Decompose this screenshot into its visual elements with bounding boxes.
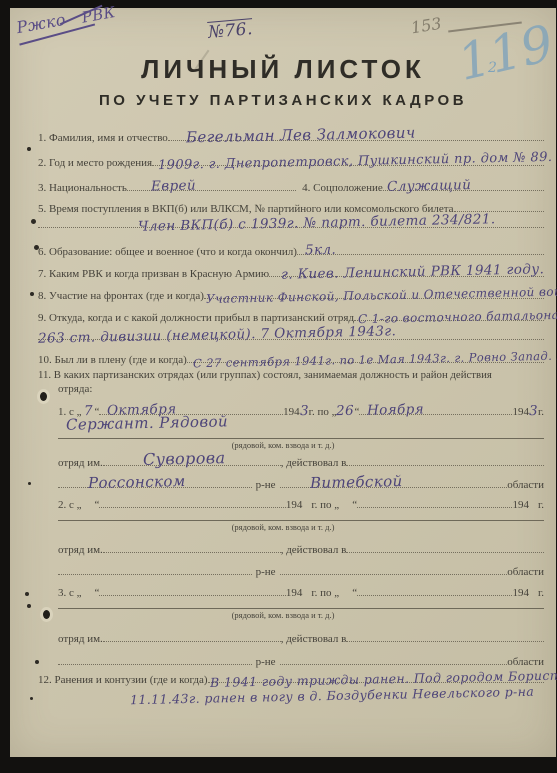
entry2-deistvoval-line: [346, 539, 544, 553]
field-birth: 2. Год и место рождения 1909г. г. Днепро…: [38, 152, 544, 168]
paper-speck: [31, 219, 36, 224]
paper-speck: [30, 697, 33, 700]
entry1-deistvoval-line: [346, 452, 544, 466]
entry1-otryad-line: Суворова: [103, 452, 281, 466]
field-education-line: 5кл.: [297, 241, 544, 255]
entry1-rayon-line: Россонском: [58, 474, 252, 488]
scanned-document: Ржко РВК №76. 153 119 2 ЛИЧНЫЙ ЛИСТОК ПО…: [0, 0, 557, 773]
entry1-month-to-line: Ноября: [359, 401, 512, 415]
field-nationality-line: Еврей: [127, 177, 296, 191]
field-birth-value: 1909г. г. Днепропетровск, Пушкинский пр.…: [158, 150, 553, 173]
entry2-oblasti-label: области: [507, 566, 544, 578]
field-wounds-label: 12. Ранения и контузии (где и когда): [38, 674, 208, 686]
field-rvk-value: г. Киев. Ленинский РВК 1941 году.: [281, 261, 545, 283]
field-social-line: Служащий: [383, 177, 544, 191]
paper-speck: [27, 147, 31, 151]
field-arrival-value2: 263 ст. дивизии (немецкой). 7 Октября 19…: [38, 323, 397, 346]
field-fronts-line: Участник Финской, Польской и Отечественн…: [204, 285, 544, 299]
entry2-oblast-line: [280, 561, 508, 575]
entry1-oblasti-label: области: [507, 479, 544, 491]
field-wounds: 12. Ранения и контузии (где и когда) В 1…: [38, 669, 544, 685]
entry3-oblasti-label: области: [507, 656, 544, 668]
entry2-deistvoval-label: , действовал в: [281, 544, 347, 556]
entry1-rayon-value: Россонском: [88, 472, 186, 492]
page-subtitle: ПО УЧЕТУ ПАРТИЗАНСКИХ КАДРОВ: [10, 92, 556, 109]
field-education-value: 5кл.: [305, 242, 336, 259]
field-nationality-value: Еврей: [151, 178, 196, 195]
field-party-line-start: [454, 198, 544, 212]
field-arrival-line: С 1-го восточного батальона: [354, 307, 544, 321]
field-social-value: Служащий: [387, 177, 472, 195]
field-units-label: 11. В каких партизанских отрядах (или гр…: [38, 369, 492, 381]
paper-speck: [34, 245, 39, 250]
field-rvk: 7. Каким РВК и когда призван в Красную А…: [38, 263, 544, 279]
paper-speck: [35, 660, 39, 664]
entry1-oblast-line: Витебской: [280, 474, 508, 488]
field-rvk-line: г. Киев. Ленинский РВК 1941 году.: [269, 263, 544, 277]
entry3-deistvoval-line: [346, 628, 544, 642]
entry1-district-row: Россонском р-не Витебской области: [58, 474, 544, 490]
entry3-district-row: р-не области: [58, 651, 544, 667]
field-captivity-line: С 27 сентября 1941г. по 1е Мая 1943г. г.…: [187, 349, 544, 363]
entry1-rank-line: Сержант. Рядовой: [58, 414, 544, 439]
punch-hole: [43, 610, 50, 619]
entry2-otryad-label: отряд им.: [58, 544, 103, 556]
page-title: ЛИЧНЫЙ ЛИСТОК: [10, 54, 556, 85]
field-units-header2: отряда:: [58, 383, 544, 399]
field-surname-label: 1. Фамилия, имя и отчество: [38, 132, 168, 144]
field-fronts-value: Участник Финской, Польской и Отечественн…: [206, 284, 557, 306]
field-nationality-social: 3. Национальность Еврей 4. Соцположение …: [38, 177, 544, 193]
field-arrival: 9. Откуда, когда и с какой должности при…: [38, 307, 544, 323]
page-number-pencil: 153: [410, 14, 443, 38]
field-nationality-label: 3. Национальность: [38, 182, 127, 194]
entry1-otryad-label: отряд им.: [58, 457, 103, 469]
field-education: 6. Образование: общее и военное (что и к…: [38, 241, 544, 257]
field-fronts-label: 8. Участие на фронтах (где и когда): [38, 290, 204, 302]
entry2-rne-label: р-не: [256, 566, 276, 578]
entry2-otryad-line: [103, 539, 281, 553]
form-paper: Ржко РВК №76. 153 119 2 ЛИЧНЫЙ ЛИСТОК ПО…: [10, 8, 556, 757]
entry1-unit-row: отряд им. Суворова , действовал в: [58, 452, 544, 468]
punch-hole: [40, 392, 47, 401]
field-units-label2: отряда:: [58, 383, 92, 395]
entry1-rank-value: Сержант. Рядовой: [66, 412, 228, 433]
field-rvk-label: 7. Каким РВК и когда призван в Красную А…: [38, 268, 269, 280]
field-fronts: 8. Участие на фронтах (где и когда) Учас…: [38, 285, 544, 301]
entry1-deistvoval-label: , действовал в: [281, 457, 347, 469]
entry3-unit-row: отряд им. , действовал в: [58, 628, 544, 644]
field-captivity-label: 10. Был ли в плену (где и когда): [38, 354, 187, 366]
field-surname: 1. Фамилия, имя и отчество Бегельман Лев…: [38, 127, 544, 143]
entry2-district-row: р-не области: [58, 561, 544, 577]
paper-speck: [28, 482, 31, 485]
field-arrival-label: 9. Откуда, когда и с какой должности при…: [38, 312, 354, 324]
entry3-rank-hint: (рядовой, ком. взвода и т. д.): [10, 610, 556, 620]
field-wounds-line: В 1941 году трижды ранен. Под городом Бо…: [208, 669, 544, 683]
entry3-deistvoval-label: , действовал в: [281, 633, 347, 645]
entry1-oblast-value: Витебской: [309, 472, 402, 492]
field-surname-line: Бегельман Лев Залмокович: [168, 127, 544, 141]
entry3-oblast-line: [280, 651, 508, 665]
entry3-rayon-line: [58, 651, 252, 665]
entry2-rank-line: [58, 506, 544, 521]
field-wounds-value2: 11.11.43г. ранен в ногу в д. Боздубенки …: [130, 684, 534, 707]
entry1-rne-label: р-не: [256, 479, 276, 491]
field-party-line: Член ВКП(б) с 1939г. № парт. билета 234/…: [38, 214, 544, 228]
document-number: №76.: [207, 18, 253, 43]
entry3-otryad-label: отряд им.: [58, 633, 103, 645]
paper-speck: [25, 592, 29, 596]
field-social-label: 4. Соцположение: [302, 182, 383, 194]
entry1-otryad-name: Суворова: [143, 448, 226, 469]
entry3-rne-label: р-не: [256, 656, 276, 668]
field-captivity-value: С 27 сентября 1941г. по 1е Мая 1943г. г.…: [193, 348, 557, 371]
entry3-otryad-line: [103, 628, 281, 642]
entry1-rank-hint: (рядовой, ком. взвода и т. д.): [10, 440, 556, 450]
entry2-unit-row: отряд им. , действовал в: [58, 539, 544, 555]
field-party-value-row: Член ВКП(б) с 1939г. № парт. билета 234/…: [38, 214, 544, 230]
paper-speck: [30, 292, 34, 296]
field-arrival-row2: 263 ст. дивизии (немецкой). 7 Октября 19…: [38, 326, 544, 342]
paper-speck: [27, 604, 31, 608]
field-surname-value: Бегельман Лев Залмокович: [186, 124, 416, 147]
field-birth-label: 2. Год и место рождения: [38, 157, 152, 169]
entry2-rank-hint: (рядовой, ком. взвода и т. д.): [10, 522, 556, 532]
field-arrival-line2: 263 ст. дивизии (немецкой). 7 Октября 19…: [38, 326, 544, 340]
entry2-rayon-line: [58, 561, 252, 575]
field-birth-line: 1909г. г. Днепропетровск, Пушкинский пр.…: [152, 152, 544, 166]
field-captivity: 10. Был ли в плену (где и когда) С 27 се…: [38, 349, 544, 365]
field-education-label: 6. Образование: общее и военное (что и к…: [38, 246, 297, 258]
entry3-rank-line: [58, 594, 544, 609]
field-party-value: Член ВКП(б) с 1939г. № парт. билета 234/…: [138, 211, 496, 234]
